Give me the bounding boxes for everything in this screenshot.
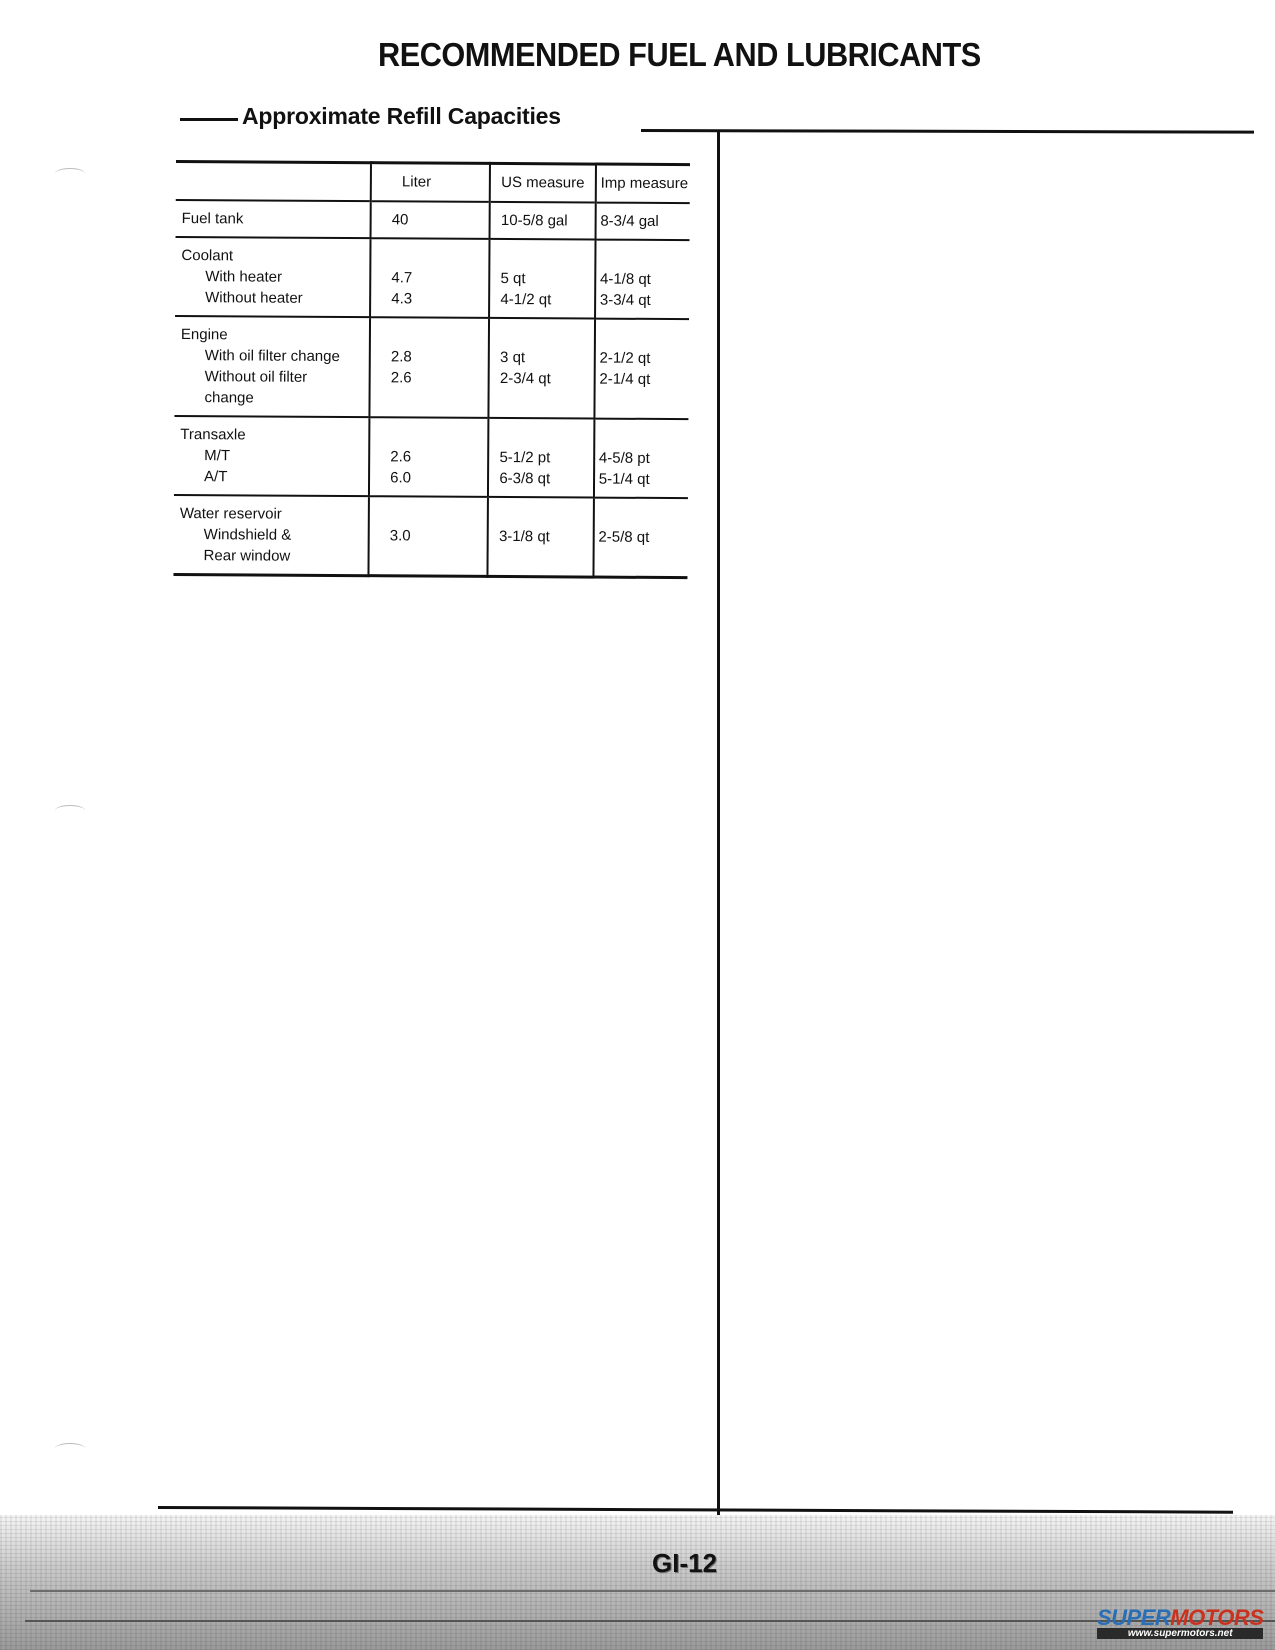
row-sub-item: Rear window — [180, 545, 368, 567]
row-item: Water reservoirWindshield &Rear window — [173, 494, 369, 575]
imp-value: 2-1/2 qt — [599, 347, 688, 369]
watermark: SUPERMOTORS www.supermotors.net — [1097, 1608, 1263, 1639]
row-item: CoolantWith heaterWithout heater — [175, 236, 371, 316]
row-sub-item: change — [180, 387, 368, 409]
liter-value-cell: 2.66.0 — [369, 417, 489, 497]
imp-value: 4-1/8 qt — [600, 268, 689, 290]
liter-value: 3.0 — [390, 525, 487, 547]
liter-value: 4.3 — [391, 288, 488, 310]
us-value-cell: 5 qt4-1/2 qt — [489, 238, 595, 318]
liter-value-cell: 40 — [371, 201, 490, 239]
imp-value-cell: 2-1/2 qt2-1/4 qt — [594, 318, 689, 419]
table-row: CoolantWith heaterWithout heater4.74.35 … — [175, 236, 689, 318]
us-value-cell: 3-1/8 qt — [488, 496, 594, 576]
row-sub-item: Without heater — [181, 287, 369, 309]
row-sub-item: With oil filter change — [181, 345, 369, 367]
top-rule — [641, 129, 1254, 134]
row-item: EngineWith oil filter changeWithout oil … — [174, 315, 370, 416]
liter-value: 2.8 — [391, 346, 488, 368]
us-value-cell: 5-1/2 pt6-3/8 qt — [488, 417, 594, 497]
imp-value-cell: 4-5/8 pt5-1/4 qt — [594, 418, 689, 498]
imp-value: 4-5/8 pt — [599, 447, 688, 469]
page-number: GI-12 — [652, 1548, 717, 1579]
row-item: TransaxleM/TA/T — [174, 415, 370, 495]
imp-value: 8-3/4 gal — [600, 210, 689, 232]
row-sub-item: With heater — [181, 266, 369, 288]
section-heading-text: Approximate Refill Capacities — [242, 103, 561, 130]
liter-value-cell: 3.0 — [369, 496, 489, 576]
us-value: 5 qt — [501, 267, 595, 289]
imp-value-cell: 4-1/8 qt3-3/4 qt — [595, 239, 690, 319]
liter-value: 2.6 — [390, 446, 487, 468]
heading-rule — [180, 118, 238, 121]
imp-value: 3-3/4 qt — [600, 289, 689, 311]
liter-value: 40 — [392, 209, 489, 231]
row-category: Water reservoir — [180, 503, 368, 525]
imp-value: 5-1/4 qt — [599, 468, 688, 490]
row-category: Engine — [181, 324, 369, 346]
header-imp-measure: Imp measure — [595, 164, 689, 203]
liter-value-cell: 2.82.6 — [370, 317, 490, 418]
row-sub-item: Without oil filter — [181, 366, 369, 388]
row-category: Coolant — [181, 245, 369, 267]
row-item: Fuel tank — [176, 199, 371, 237]
imp-value: 2-5/8 qt — [598, 526, 687, 548]
us-value: 6-3/8 qt — [499, 467, 593, 489]
row-category: Fuel tank — [182, 208, 370, 230]
column-divider — [717, 131, 720, 1516]
imp-value-cell: 8-3/4 gal — [595, 202, 689, 240]
us-value: 4-1/2 qt — [500, 288, 594, 310]
table-row: Water reservoirWindshield &Rear window3.… — [173, 494, 687, 577]
section-heading: Approximate Refill Capacities — [180, 100, 561, 132]
us-value: 3-1/8 qt — [499, 525, 593, 547]
us-value-cell: 10-5/8 gal — [490, 201, 596, 239]
margin-punch-mark — [55, 805, 85, 816]
header-us-measure: US measure — [490, 163, 596, 202]
liter-value: 6.0 — [390, 467, 487, 489]
imp-value-cell: 2-5/8 qt — [593, 497, 688, 577]
us-value-cell: 3 qt2-3/4 qt — [489, 317, 595, 418]
row-sub-item: A/T — [180, 466, 368, 488]
header-item — [176, 161, 371, 200]
table-row: Fuel tank4010-5/8 gal8-3/4 gal — [176, 199, 690, 239]
margin-punch-mark — [55, 168, 85, 179]
liter-value: 4.7 — [391, 267, 488, 289]
table-header-row: Liter US measure Imp measure — [176, 161, 690, 202]
us-value: 10-5/8 gal — [501, 209, 595, 231]
margin-punch-mark — [55, 1443, 85, 1454]
us-value: 3 qt — [500, 346, 594, 368]
row-sub-item: M/T — [180, 445, 368, 467]
row-category: Transaxle — [180, 424, 368, 446]
us-value: 2-3/4 qt — [500, 367, 594, 389]
bottom-rule — [158, 1506, 1233, 1514]
page-title: RECOMMENDED FUEL AND LUBRICANTS — [378, 36, 981, 74]
table-row: TransaxleM/TA/T2.66.05-1/2 pt6-3/8 qt4-5… — [174, 415, 688, 497]
header-liter: Liter — [371, 163, 490, 202]
liter-value-cell: 4.74.3 — [370, 238, 490, 318]
liter-value: 2.6 — [391, 367, 488, 389]
table-row: EngineWith oil filter changeWithout oil … — [174, 315, 689, 418]
watermark-brand: SUPERMOTORS — [1097, 1608, 1263, 1628]
imp-value: 2-1/4 qt — [599, 368, 688, 390]
us-value: 5-1/2 pt — [499, 446, 593, 468]
scan-noise-band — [0, 1515, 1275, 1650]
refill-capacities-table: Liter US measure Imp measure Fuel tank40… — [173, 160, 690, 579]
row-sub-item: Windshield & — [180, 524, 368, 546]
